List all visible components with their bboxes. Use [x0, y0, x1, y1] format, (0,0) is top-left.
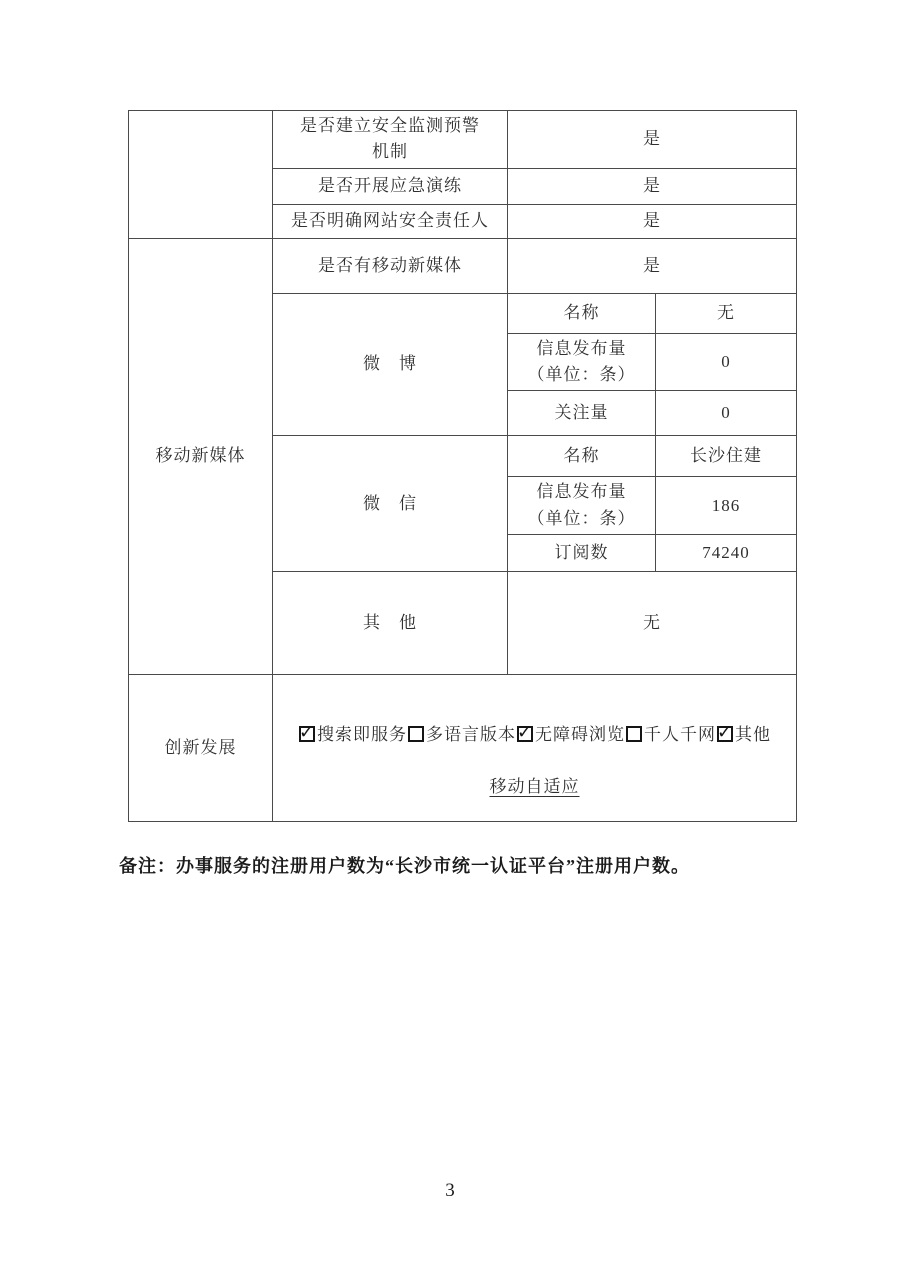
table-row: 创新发展 搜索即服务多语言版本无障碍浏览千人千网其他 移动自适应 [129, 675, 797, 822]
weibo-field-cell: 关注量 [508, 391, 656, 436]
wechat-value-cell: 74240 [656, 535, 797, 572]
checkbox-unchecked-icon [626, 726, 642, 742]
security-question-cell: 是否明确网站安全责任人 [273, 204, 508, 238]
innovation-other-detail: 移动自适应 [490, 777, 580, 796]
checkbox-checked-icon [299, 726, 315, 742]
wechat-value-cell: 长沙住建 [656, 436, 797, 477]
wechat-value-cell: 186 [656, 477, 797, 535]
innovation-option-label: 无障碍浏览 [535, 725, 625, 744]
new-media-question-cell: 是否有移动新媒体 [273, 238, 508, 293]
page-number: 3 [0, 1180, 900, 1202]
footnote-text: 办事服务的注册用户数为“长沙市统一认证平台”注册用户数。 [176, 856, 690, 876]
new-media-answer-cell: 是 [508, 238, 797, 293]
security-question-cell: 是否开展应急演练 [273, 168, 508, 204]
security-question-cell: 是否建立安全监测预警 机制 [273, 111, 508, 169]
security-answer-cell: 是 [508, 168, 797, 204]
innovation-option: 其他 [716, 725, 771, 744]
wechat-field-cell: 订阅数 [508, 535, 656, 572]
innovation-option-label: 多语言版本 [426, 725, 516, 744]
innovation-option: 搜索即服务 [298, 725, 407, 744]
weibo-field-cell: 名称 [508, 293, 656, 333]
checkbox-checked-icon [717, 726, 733, 742]
section-label-new-media: 移动新媒体 [129, 238, 273, 674]
annual-report-table: 是否建立安全监测预警 机制 是 是否开展应急演练 是 是否明确网站安全责任人 是… [128, 110, 797, 822]
table-row: 是否建立安全监测预警 机制 是 [129, 111, 797, 169]
weibo-value-cell: 无 [656, 293, 797, 333]
innovation-option-label: 千人千网 [644, 725, 716, 744]
other-media-value-cell: 无 [508, 572, 797, 675]
innovation-option-label: 搜索即服务 [317, 725, 407, 744]
document-page: 是否建立安全监测预警 机制 是 是否开展应急演练 是 是否明确网站安全责任人 是… [0, 0, 900, 1272]
weibo-value-cell: 0 [656, 391, 797, 436]
wechat-label-cell: 微 信 [273, 436, 508, 572]
innovation-content-cell: 搜索即服务多语言版本无障碍浏览千人千网其他 移动自适应 [273, 675, 797, 822]
wechat-field-cell: 信息发布量 （单位：条） [508, 477, 656, 535]
table-row: 移动新媒体 是否有移动新媒体 是 [129, 238, 797, 293]
checkbox-checked-icon [517, 726, 533, 742]
wechat-field-cell: 名称 [508, 436, 656, 477]
section-label-innovation: 创新发展 [129, 675, 273, 822]
weibo-field-cell: 信息发布量 （单位：条） [508, 333, 656, 391]
section-label-empty [129, 111, 273, 239]
innovation-option: 无障碍浏览 [516, 725, 625, 744]
innovation-option-label: 其他 [735, 725, 771, 744]
footnote: 备注：办事服务的注册用户数为“长沙市统一认证平台”注册用户数。 [119, 852, 819, 878]
security-answer-cell: 是 [508, 204, 797, 238]
innovation-option: 千人千网 [625, 725, 716, 744]
checkbox-unchecked-icon [408, 726, 424, 742]
security-answer-cell: 是 [508, 111, 797, 169]
weibo-label-cell: 微 博 [273, 293, 508, 436]
weibo-value-cell: 0 [656, 333, 797, 391]
other-media-label-cell: 其 他 [273, 572, 508, 675]
footnote-label: 备注： [119, 856, 176, 876]
innovation-option: 多语言版本 [407, 725, 516, 744]
